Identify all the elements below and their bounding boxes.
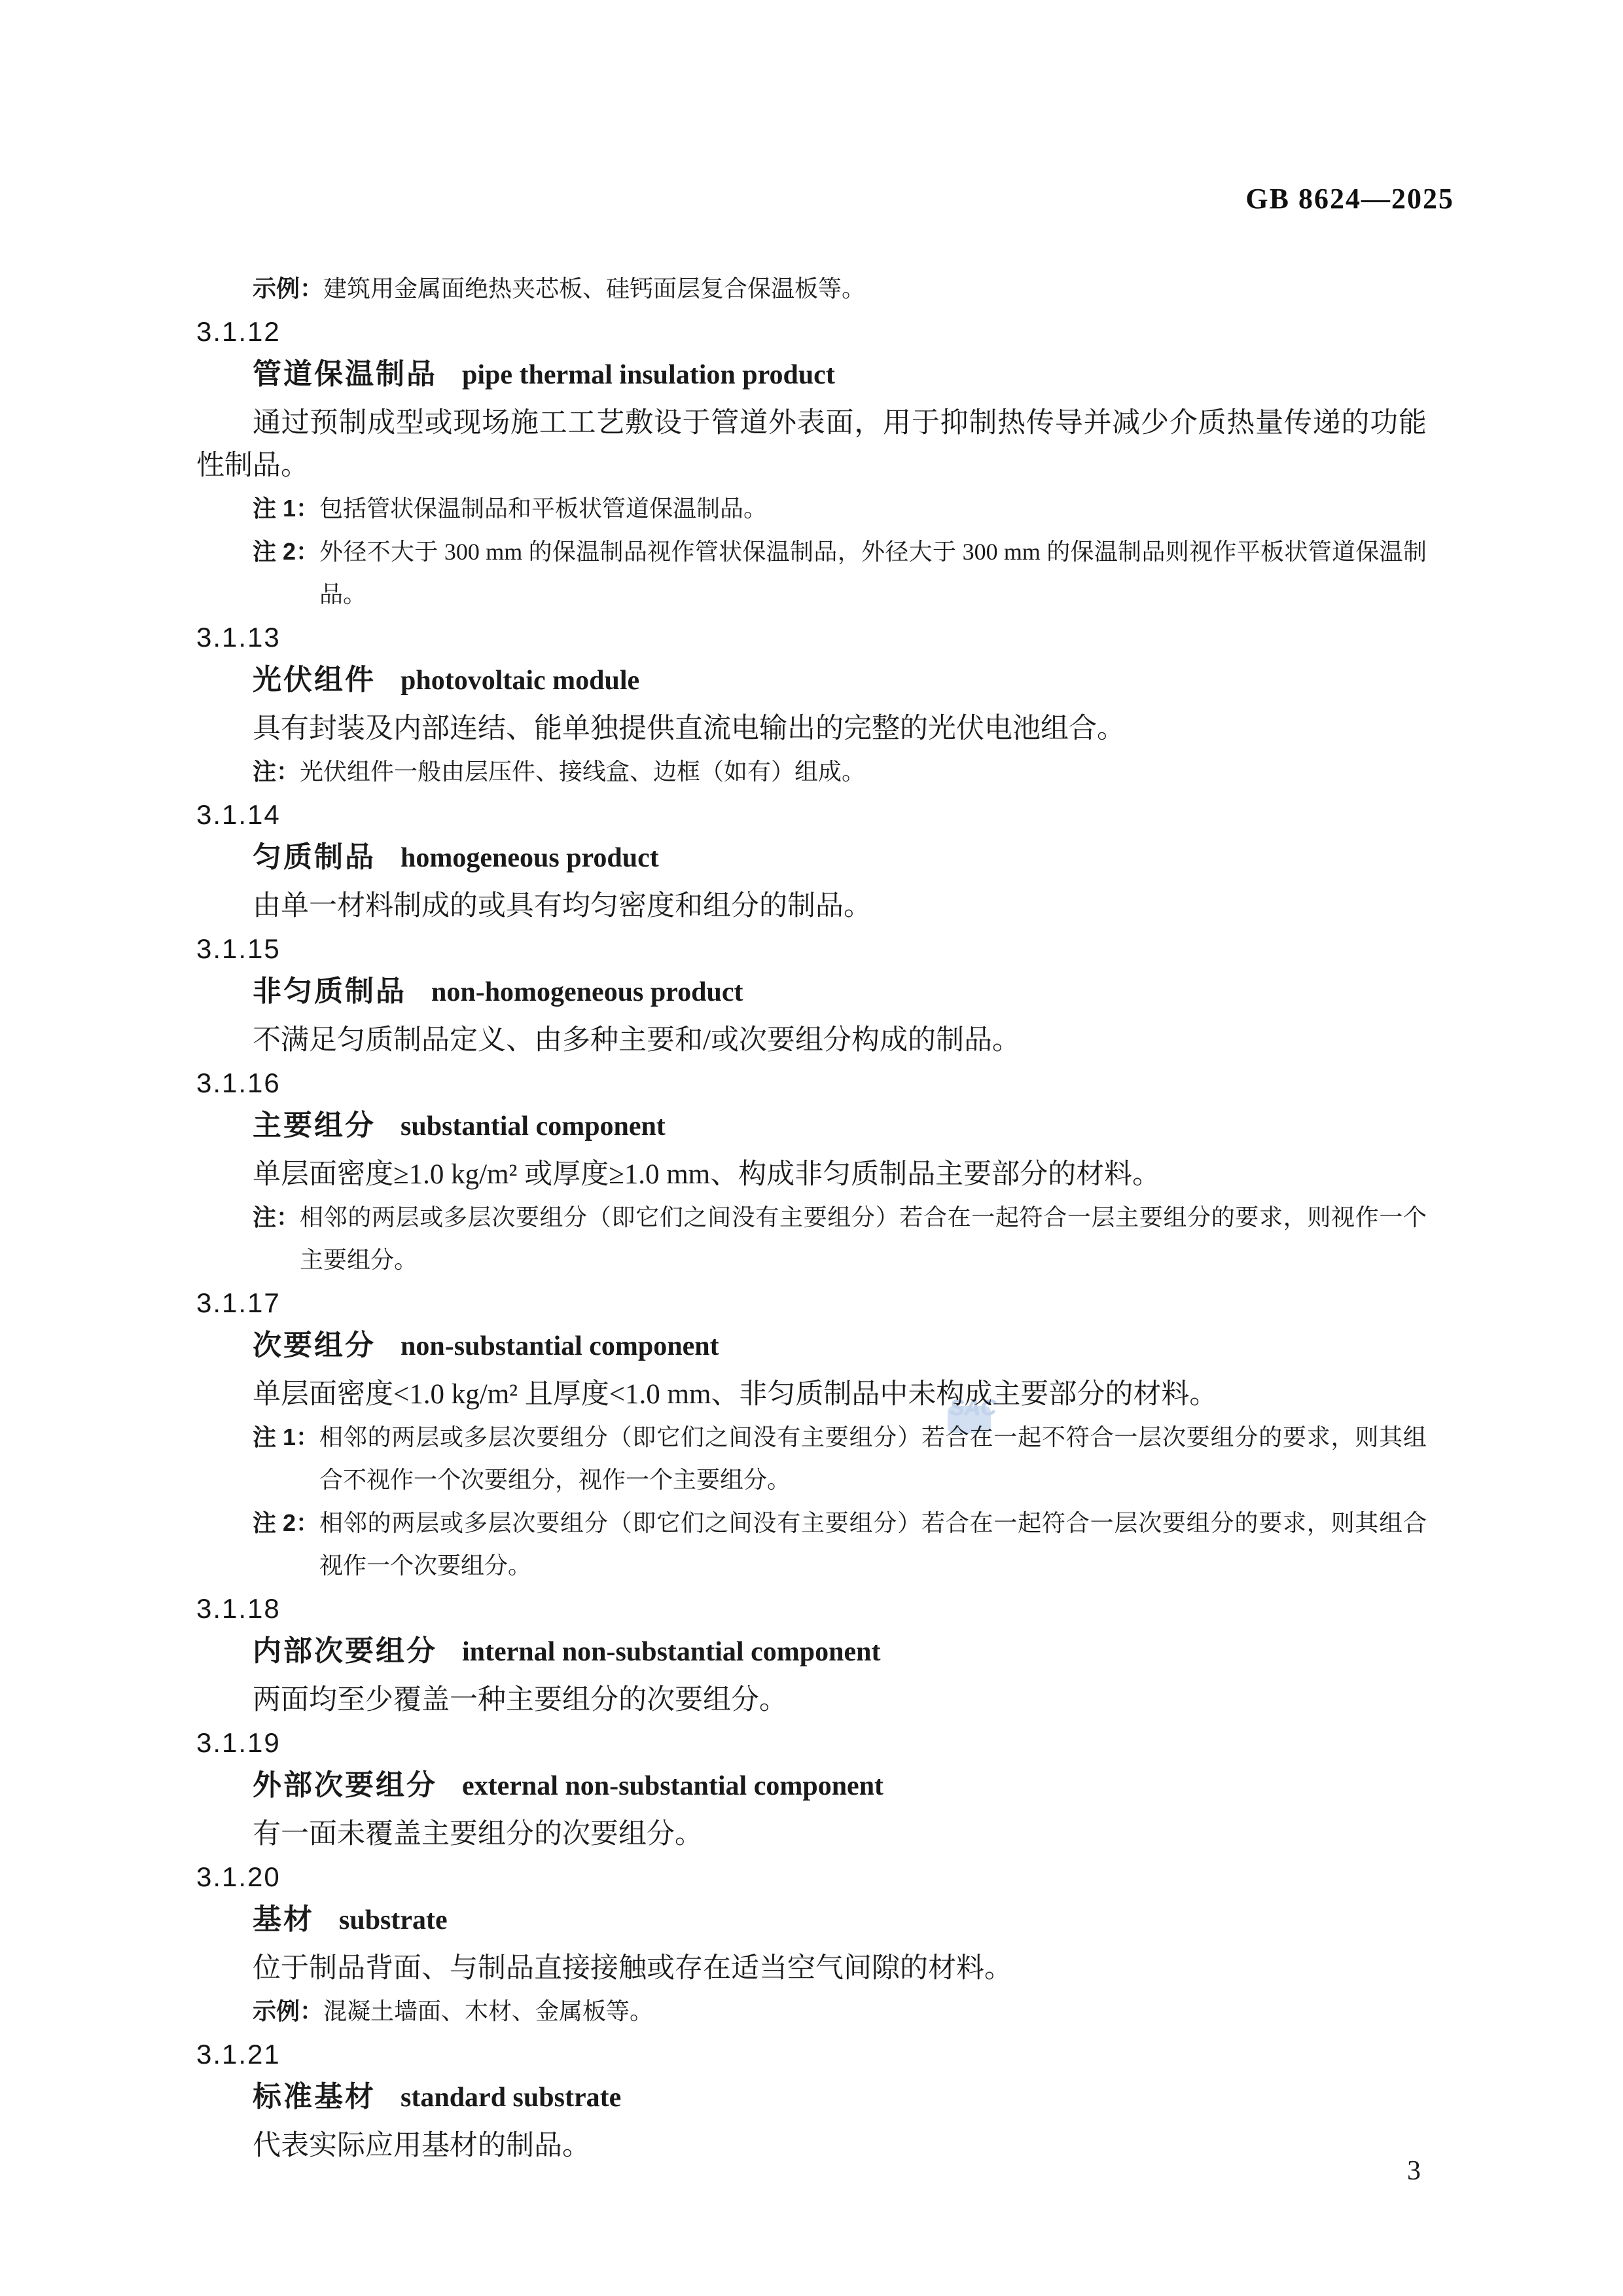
note: 注 2：相邻的两层或多层次要组分（即它们之间没有主要组分）若合在一起符合一层次要… — [196, 1501, 1427, 1587]
note-label: 注 2： — [253, 530, 319, 573]
note-text: 包括管状保温制品和平板状管道保温制品。 — [319, 488, 1427, 530]
clause-number: 3.1.16 — [196, 1062, 1427, 1104]
note-text: 相邻的两层或多层次要组分（即它们之间没有主要组分）若合在一起不符合一层次要组分的… — [319, 1416, 1427, 1501]
standard-code: GB 8624—2025 — [1245, 185, 1454, 213]
term-en: internal non-substantial component — [462, 1637, 880, 1667]
definition-text: 通过预制成型或现场施工工艺敷设于管道外表面，用于抑制热传导并减少介质热量传递的功… — [196, 402, 1427, 487]
clause-number: 3.1.21 — [196, 2033, 1427, 2075]
clause-number: 3.1.18 — [196, 1587, 1427, 1630]
page-content: 示例：建筑用金属面绝热夹芯板、硅钙面层复合保温板等。 3.1.12 管道保温制品… — [196, 267, 1427, 2167]
definition-text: 单层面密度≥1.0 kg/m² 或厚度≥1.0 mm、构成非匀质制品主要部分的材… — [196, 1153, 1427, 1196]
term-en: external non-substantial component — [462, 1771, 883, 1801]
term-zh: 光伏组件 — [253, 664, 376, 696]
term-en: non-homogeneous product — [431, 977, 743, 1007]
term-en: non-substantial component — [401, 1331, 719, 1361]
term-zh: 次要组分 — [253, 1329, 376, 1361]
term-zh: 内部次要组分 — [253, 1635, 437, 1667]
example-label: 示例： — [253, 275, 323, 302]
clause-number: 3.1.14 — [196, 793, 1427, 836]
term-heading: 匀质制品homogeneous product — [196, 836, 1427, 885]
term-en: standard substrate — [401, 2083, 621, 2113]
term-zh: 管道保温制品 — [253, 358, 437, 390]
definition-text: 由单一材料制成的或具有均匀密度和组分的制品。 — [196, 885, 1427, 927]
term-zh: 基材 — [253, 1903, 314, 1935]
example-line: 示例：混凝土墙面、木材、金属板等。 — [196, 1990, 1427, 2033]
note-label: 注 1： — [253, 487, 319, 529]
term-en: homogeneous product — [401, 843, 659, 873]
term-en: pipe thermal insulation product — [462, 360, 835, 390]
definition-text: 有一面未覆盖主要组分的次要组分。 — [196, 1813, 1427, 1856]
note: 注 2：外径不大于 300 mm 的保温制品视作管状保温制品，外径大于 300 … — [196, 530, 1427, 616]
note-text: 相邻的两层或多层次要组分（即它们之间没有主要组分）若合在一起符合一层主要组分的要… — [300, 1196, 1427, 1282]
term-heading: 次要组分non-substantial component — [196, 1324, 1427, 1373]
clause-number: 3.1.20 — [196, 1856, 1427, 1898]
term-heading: 外部次要组分external non-substantial component — [196, 1764, 1427, 1813]
term-zh: 匀质制品 — [253, 841, 376, 873]
term-en: substantial component — [401, 1111, 666, 1141]
term-zh: 外部次要组分 — [253, 1769, 437, 1801]
note-label: 注 2： — [253, 1501, 319, 1544]
clause-number: 3.1.12 — [196, 310, 1427, 353]
note-label: 注： — [253, 750, 300, 793]
term-heading: 主要组分substantial component — [196, 1104, 1427, 1153]
term-heading: 标准基材standard substrate — [196, 2075, 1427, 2125]
example-line: 示例：建筑用金属面绝热夹芯板、硅钙面层复合保温板等。 — [196, 267, 1427, 310]
definition-text: 位于制品背面、与制品直接接触或存在适当空气间隙的材料。 — [196, 1947, 1427, 1990]
clause-number: 3.1.15 — [196, 927, 1427, 970]
term-en: photovoltaic module — [401, 666, 639, 696]
clause-number: 3.1.13 — [196, 616, 1427, 658]
note: 注 1：包括管状保温制品和平板状管道保温制品。 — [196, 487, 1427, 530]
term-en: substrate — [339, 1905, 448, 1935]
note: 注 1：相邻的两层或多层次要组分（即它们之间没有主要组分）若合在一起不符合一层次… — [196, 1416, 1427, 1501]
note-label: 注 1： — [253, 1416, 319, 1458]
term-heading: 管道保温制品pipe thermal insulation product — [196, 353, 1427, 402]
document-page: GB 8624—2025 SAC 示例：建筑用金属面绝热夹芯板、硅钙面层复合保温… — [0, 0, 1623, 2296]
note-text: 外径不大于 300 mm 的保温制品视作管状保温制品，外径大于 300 mm 的… — [319, 531, 1427, 616]
definition-text: 不满足匀质制品定义、由多种主要和/或次要组分构成的制品。 — [196, 1019, 1427, 1062]
definition-text: 单层面密度<1.0 kg/m² 且厚度<1.0 mm、非匀质制品中未构成主要部分… — [196, 1373, 1427, 1416]
note-text: 相邻的两层或多层次要组分（即它们之间没有主要组分）若合在一起符合一层次要组分的要… — [319, 1502, 1427, 1587]
term-heading: 基材substrate — [196, 1898, 1427, 1947]
definition-text: 具有封装及内部连结、能单独提供直流电输出的完整的光伏电池组合。 — [196, 708, 1427, 750]
term-heading: 内部次要组分internal non-substantial component — [196, 1630, 1427, 1679]
example-text: 建筑用金属面绝热夹芯板、硅钙面层复合保温板等。 — [323, 276, 865, 302]
term-zh: 非匀质制品 — [253, 975, 406, 1007]
term-heading: 光伏组件photovoltaic module — [196, 658, 1427, 708]
example-text: 混凝土墙面、木材、金属板等。 — [323, 1998, 653, 2024]
term-zh: 标准基材 — [253, 2081, 376, 2113]
clause-number: 3.1.17 — [196, 1282, 1427, 1324]
term-zh: 主要组分 — [253, 1109, 376, 1141]
term-heading: 非匀质制品non-homogeneous product — [196, 970, 1427, 1019]
note-label: 注： — [253, 1196, 300, 1238]
clause-number: 3.1.19 — [196, 1721, 1427, 1764]
note: 注：相邻的两层或多层次要组分（即它们之间没有主要组分）若合在一起符合一层主要组分… — [196, 1196, 1427, 1282]
note-text: 光伏组件一般由层压件、接线盒、边框（如有）组成。 — [300, 751, 1427, 793]
definition-text: 两面均至少覆盖一种主要组分的次要组分。 — [196, 1679, 1427, 1721]
note: 注：光伏组件一般由层压件、接线盒、边框（如有）组成。 — [196, 750, 1427, 793]
example-label: 示例： — [253, 1998, 323, 2024]
definition-text: 代表实际应用基材的制品。 — [196, 2125, 1427, 2167]
